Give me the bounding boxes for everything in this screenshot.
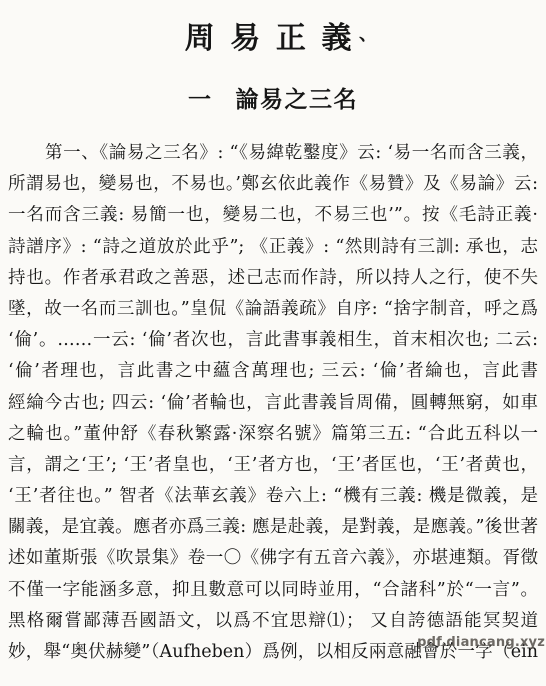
text-line: 所謂易也，變易也，不易也。’鄭玄依此義作《易贊》及《易論》云: ‘易 — [8, 169, 538, 200]
text-line: ‘王’者往也。” 智者《法華玄義》卷六上: “機有三義: 機是微義，是 — [8, 481, 538, 512]
text-line: 經綸今古也; 四云: ‘倫’者輪也，言此書義旨周備，圓轉無窮，如車 — [8, 388, 538, 419]
text-line: 不僅一字能涵多意，抑且數意可以同時並用，“合諸科”於“一言”。 — [8, 575, 538, 606]
text-line: 言，謂之‘王’; ‘王’者皇也，‘王’者方也，‘王’者匡也，‘王’者黄也， — [8, 450, 538, 481]
text-line: 一名而含三義: 易簡一也，變易二也，不易三也’”。按《毛詩正義· — [8, 200, 538, 231]
text-line: 第一、《論易之三名》: “《易緯乾鑿度》云: ‘易一名而含三義， — [8, 138, 538, 169]
scanned-book-page: 周易正義、 一論易之三名 第一、《論易之三名》: “《易緯乾鑿度》云: ‘易一名… — [0, 0, 546, 686]
body-text-block: 第一、《論易之三名》: “《易緯乾鑿度》云: ‘易一名而含三義， 所謂易也，變易… — [8, 138, 538, 668]
text-line: 詩譜序》: “詩之道放於此乎”; 《正義》: “然則詩有三訓: 承也，志也， — [8, 232, 538, 263]
text-line: 關義，是宜義。應者亦爲三義: 應是赴義，是對義，是應義。”後世著 — [8, 512, 538, 543]
watermark-url: pdf.diancang.xyz — [417, 635, 545, 650]
text-line: 持也。作者承君政之善惡，述己志而作詩，所以持人之行，使不失 — [8, 263, 538, 294]
section-number: 一 — [188, 86, 213, 113]
text-line: ‘倫’者理也，言此書之中蘊含萬理也; 三云: ‘倫’者綸也，言此書 — [8, 356, 538, 387]
title-stray-mark: 、 — [359, 24, 377, 45]
section-title: 論易之三名 — [236, 86, 359, 113]
section-heading: 一論易之三名 — [0, 81, 546, 114]
text-line: 黑格爾嘗鄙薄吾國語文，以爲不宜思辯⑴； 又自誇德語能冥契道 — [8, 606, 538, 637]
page-title: 周易正義、 — [0, 13, 546, 57]
page-title-text: 周易正義 — [185, 21, 367, 56]
text-line: 述如董斯張《吹景集》卷一〇《佛字有五音六義》，亦堪連類。胥徵 — [8, 543, 538, 574]
text-line: ‘倫’。……一云: ‘倫’者次也，言此書事義相生，首末相次也; 二云: — [8, 325, 538, 356]
text-line: 墜，故一名而三訓也。”皇侃《論語義疏》自序: “捨字制音，呼之爲 — [8, 294, 538, 325]
text-line: 之輪也。”董仲舒《春秋繁露·深察名號》篇第三五: “合此五科以一 — [8, 419, 538, 450]
